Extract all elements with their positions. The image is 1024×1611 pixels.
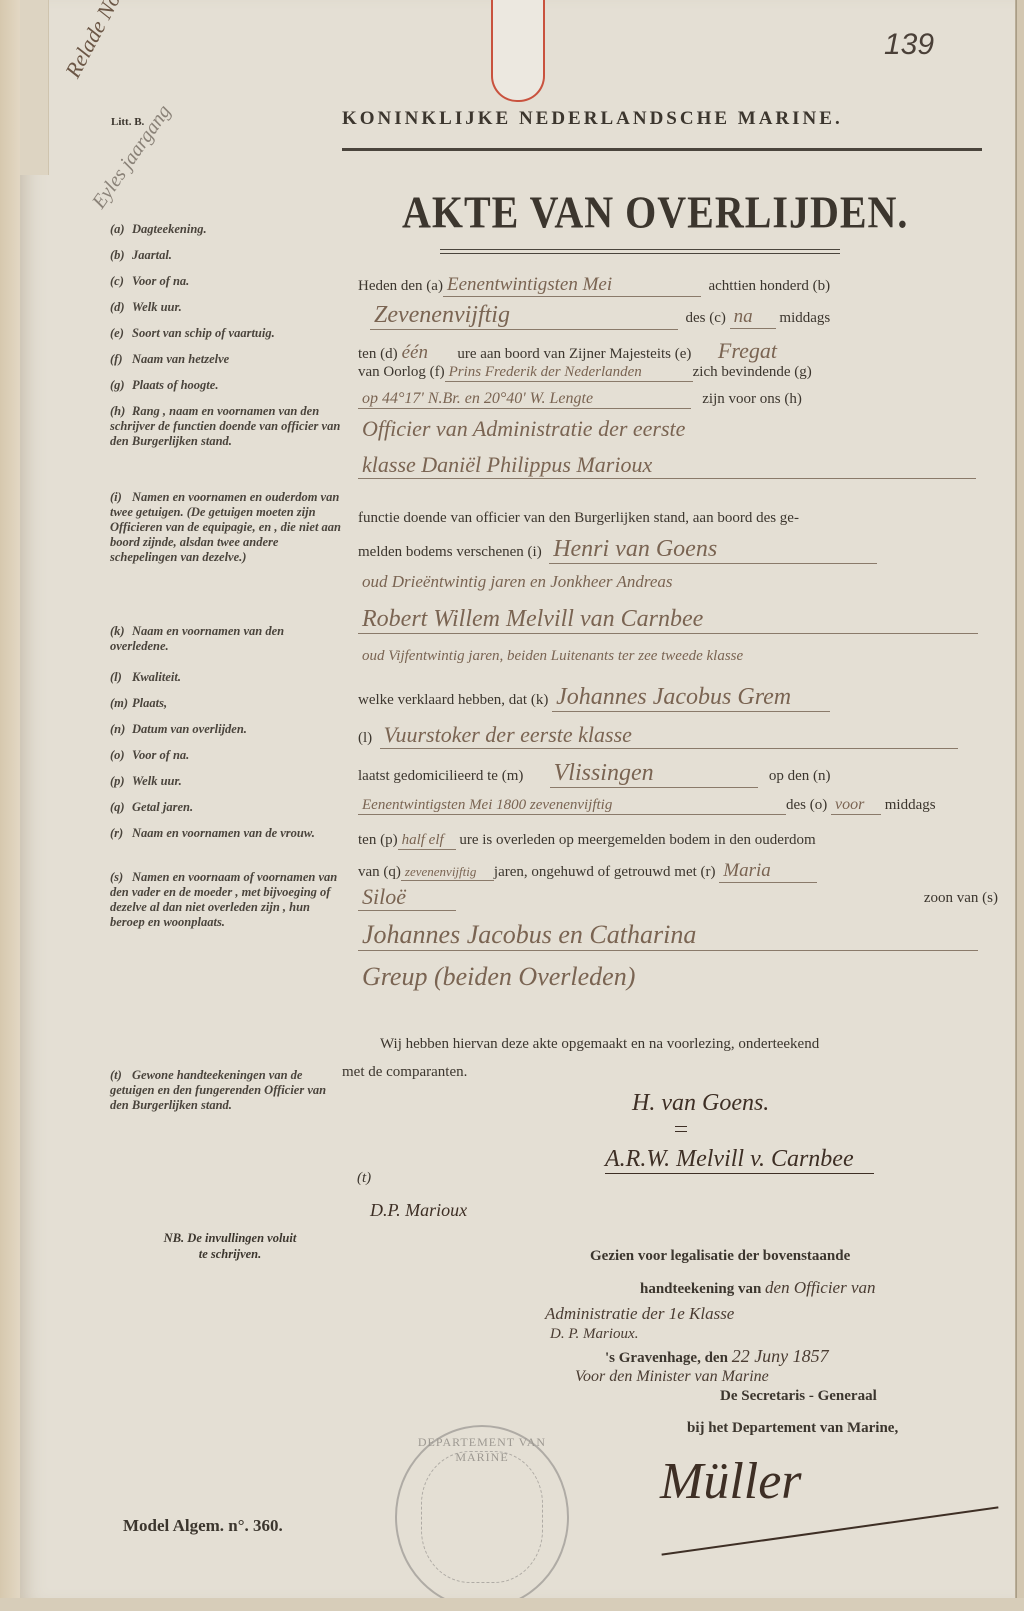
next-page-edge — [1016, 0, 1024, 1611]
field-i-witness1: Henri van Goens — [549, 536, 877, 564]
field-b-year: Zevenenvijftig — [370, 302, 678, 330]
signature-flourish — [662, 1506, 999, 1555]
signature-witness2: A.R.W. Melvill v. Carnbee — [605, 1146, 874, 1174]
line-ship-name: van Oorlog (f)Prins Frederik der Nederla… — [358, 364, 812, 382]
field-l-quality: Vuurstoker der eerste klasse — [380, 722, 958, 749]
t-marker: (t) — [357, 1170, 371, 1187]
field-n-death-date: Eenentwintigsten Mei 1800 zevenenvijftig — [358, 797, 786, 815]
line-quality: (l) Vuurstoker der eerste klasse — [358, 722, 958, 749]
field-o: voor — [831, 796, 881, 815]
coat-of-arms-icon — [421, 1451, 543, 1583]
legalisation-line1: Gezien voor legalisatie der bovenstaande — [590, 1248, 850, 1265]
line-position: op 44°17' N.Br. en 20°40' W. Lengte zijn… — [358, 390, 802, 409]
field-s-parents-2: Greup (beiden Overleden) — [358, 962, 978, 992]
legend-a: (a)Dagteekening. — [110, 222, 342, 237]
legend-o: (o)Voor of na. — [110, 748, 342, 763]
line-death-date: Eenentwintigsten Mei 1800 zevenenvijftig… — [358, 796, 936, 815]
red-wax-seal-tab — [491, 0, 545, 102]
legalisation-secretary: De Secretaris - Generaal — [720, 1388, 877, 1405]
legend-s: (s)Namen en voornaam of voornamen van de… — [110, 870, 342, 930]
legalisation-line2: handteekening van den Officier van — [640, 1278, 876, 1298]
department-stamp: DEPARTEMENT VAN MARINE — [395, 1425, 569, 1609]
field-i-witness1-age: oud Drieëntwintig jaren en Jonkheer Andr… — [358, 572, 978, 592]
line-age-spouse: van (q)zevenenvijftigjaren, ongehuwd of … — [358, 860, 817, 883]
line-officer-rank: Officier van Administratie der eerste — [358, 416, 976, 442]
legend-f: (f)Naam van hetzelve — [110, 352, 342, 367]
field-s-parents: Johannes Jacobus en Catharina — [358, 920, 978, 951]
legend-c: (c)Voor of na. — [110, 274, 342, 289]
signature-officer: D.P. Marioux — [370, 1200, 467, 1221]
field-q-age: zevenenvijftig — [401, 864, 494, 881]
field-r-spouse-surname: Siloë — [358, 884, 456, 911]
line-witness2: Robert Willem Melvill van Carnbee — [358, 606, 978, 634]
header-rule — [342, 148, 982, 151]
legend-p: (p)Welk uur. — [110, 774, 342, 789]
legend-b: (b)Jaartal. — [110, 248, 342, 263]
legalisation-minister: Voor den Minister van Marine — [575, 1368, 769, 1386]
field-k-deceased: Johannes Jacobus Grem — [552, 684, 830, 712]
line-comparanten: met de comparanten. — [342, 1064, 467, 1081]
line-witness1: melden bodems verschenen (i) Henri van G… — [358, 536, 877, 564]
line-date: Heden den (a)Eenentwintigsten Mei achtti… — [358, 274, 830, 297]
field-h-name: klasse Daniël Philippus Marioux — [358, 452, 976, 479]
signature-separator — [675, 1126, 687, 1132]
legend-g: (g)Plaats of hoogte. — [110, 378, 342, 393]
legalisation-line3: Administratie der 1e Klasse — [545, 1304, 734, 1324]
legend-r: (r)Naam en voornamen van de vrouw. — [110, 826, 342, 841]
field-a-day: Eenentwintigsten Mei — [443, 274, 701, 297]
line-witness1-age: oud Drieëntwintig jaren en Jonkheer Andr… — [358, 572, 978, 592]
title-rule — [440, 249, 840, 254]
line-deceased: welke verklaard hebben, dat (k) Johannes… — [358, 684, 830, 712]
legend-q: (q)Getal jaren. — [110, 800, 342, 815]
field-f-ship-name: Prins Frederik der Nederlanden — [445, 364, 693, 382]
page-number: 139 — [884, 28, 934, 62]
legend-l: (l)Kwaliteit. — [110, 670, 342, 685]
main-title: AKTE VAN OVERLIJDEN. — [402, 185, 908, 239]
document-page: 139 Relade No 139 Eyles jaargang Litt. B… — [20, 0, 1016, 1599]
signature-secretary: Müller — [660, 1452, 802, 1511]
field-e-ship-type: Fregat — [714, 338, 781, 364]
legalisation-place-date: 's Gravenhage, den 22 Juny 1857 — [605, 1346, 829, 1367]
legend-d: (d)Welk uur. — [110, 300, 342, 315]
legend-n: (n)Datum van overlijden. — [110, 722, 342, 737]
line-parents-2: Greup (beiden Overleden) — [358, 962, 978, 992]
field-m-place: Vlissingen — [550, 760, 758, 788]
legend-k: (k)Naam en voornamen van den overledene. — [110, 624, 342, 654]
line-spouse-son: Siloëzoon van (s) — [358, 884, 998, 911]
model-number: Model Algem. n°. 360. — [123, 1516, 283, 1536]
legend-e: (e)Soort van schip of vaartuig. — [110, 326, 342, 341]
line-death-hour: ten (p)half elf ure is overleden op meer… — [358, 832, 816, 850]
field-h-rank: Officier van Administratie der eerste — [358, 416, 976, 442]
field-c: na — [730, 306, 776, 329]
line-year: Zevenenvijftig des (c) na middags — [370, 302, 830, 330]
line-domicile: laatst gedomicilieerd te (m) Vlissingen … — [358, 760, 831, 788]
signature-witness1: H. van Goens. — [632, 1090, 769, 1117]
field-i-witness2: Robert Willem Melvill van Carnbee — [358, 606, 978, 634]
line-officer-name: klasse Daniël Philippus Marioux — [358, 452, 976, 479]
folded-corner — [20, 0, 49, 175]
legend-h: (h)Rang , naam en voornamen van den schr… — [110, 404, 342, 449]
line-functie: functie doende van officier van den Burg… — [358, 510, 799, 527]
nb-note: NB. De invullingen voluit te schrijven. — [130, 1230, 330, 1262]
field-i-witness2-age: oud Vijfentwintig jaren, beiden Luitenan… — [358, 648, 978, 665]
page-below-edge — [0, 1598, 1024, 1611]
legalisation-line4: D. P. Marioux. — [550, 1326, 638, 1343]
line-closing: Wij hebben hiervan deze akte opgemaakt e… — [380, 1036, 819, 1053]
line-witness2-age: oud Vijfentwintig jaren, beiden Luitenan… — [358, 648, 978, 665]
legend-m: (m)Plaats, — [110, 696, 342, 711]
header-title: KONINKLIJKE NEDERLANDSCHE MARINE. — [342, 108, 843, 130]
field-d-hour: één — [398, 342, 454, 364]
line-parents: Johannes Jacobus en Catharina — [358, 920, 978, 951]
legend-i: (i)Namen en voornamen en ouderdom van tw… — [110, 490, 342, 565]
field-r-spouse: Maria — [719, 860, 817, 883]
litt-label: Litt. B. — [111, 116, 144, 128]
margin-note-relade: Relade No 139 — [60, 0, 144, 82]
field-p-hour: half elf — [398, 832, 456, 850]
legalisation-department: bij het Departement van Marine, — [687, 1420, 898, 1437]
line-hour: ten (d)één ure aan boord van Zijner Maje… — [358, 338, 781, 364]
legend-t: (t)Gewone handteekeningen van de getuige… — [110, 1068, 342, 1113]
field-g-position: op 44°17' N.Br. en 20°40' W. Lengte — [358, 390, 691, 409]
